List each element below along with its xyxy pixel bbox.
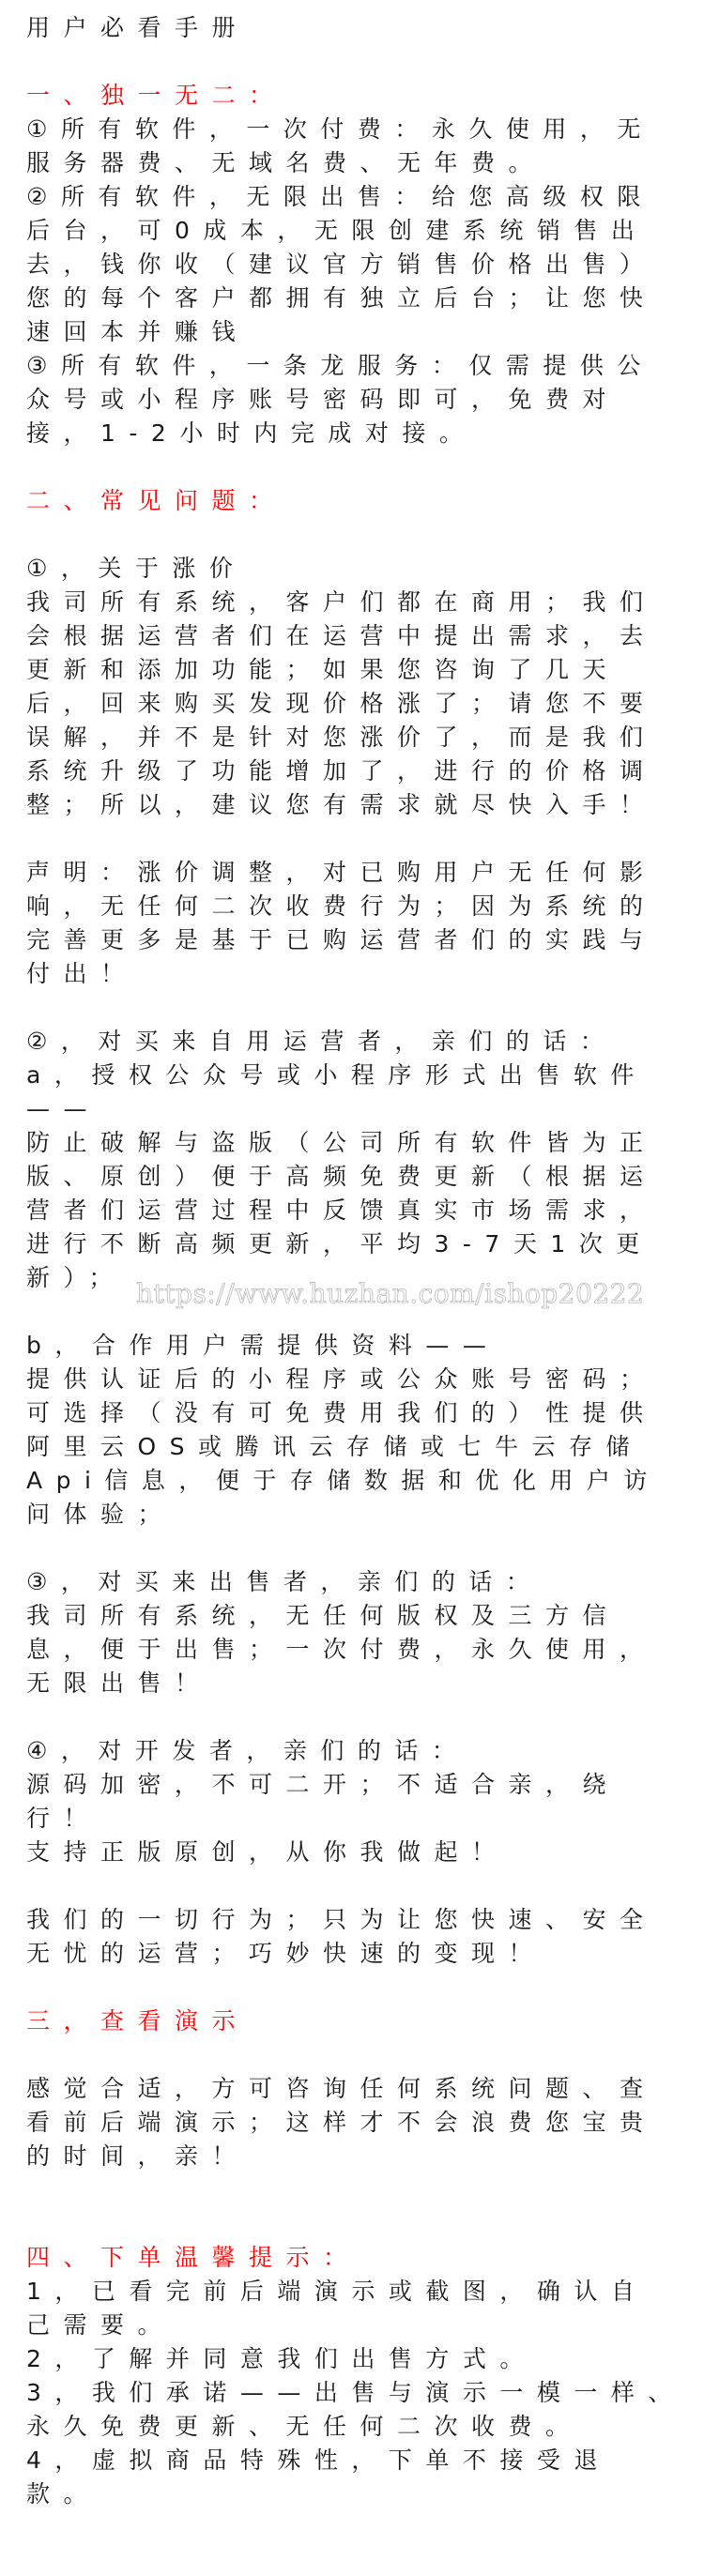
text-line: 的时间，亲！ — [26, 2140, 704, 2173]
text-line: 3，我们承诺——出售与演示一模一样、 — [26, 2376, 704, 2410]
text-line: 阿里云OS或腾讯云存储或七牛云存储 — [26, 1430, 704, 1464]
text-line: 己需要。 — [26, 2309, 704, 2342]
text-line: 整；所以，建议您有需求就尽快入手！ — [26, 788, 704, 822]
text-line: 服务器费、无域名费、无年费。 — [26, 146, 704, 180]
text-line: 接，1-2小时内完成对接。 — [26, 417, 704, 450]
text-line: ③所有软件，一条龙服务：仅需提供公 — [26, 349, 704, 383]
section-heading: 三，查看演示 — [26, 2004, 704, 2038]
text-line: 支持正版原创，从你我做起！ — [26, 1836, 704, 1869]
blank-line — [26, 2173, 704, 2207]
text-line: 后台，可0成本，无限创建系统销售出 — [26, 214, 704, 248]
watermark-url: https://www.huzhan.com/ishop20222 — [136, 1278, 644, 1309]
blank-line — [26, 450, 704, 484]
text-line: 我们的一切行为；只为让您快速、安全 — [26, 1903, 704, 1937]
text-line: 感觉合适，方可咨询任何系统问题、查 — [26, 2072, 704, 2106]
text-line: 我司所有系统，客户们都在商用；我们 — [26, 586, 704, 619]
text-line: 去，钱你收（建议官方销售价格出售） — [26, 248, 704, 282]
text-line: 我司所有系统，无任何版权及三方信 — [26, 1599, 704, 1633]
text-line: 4，虚拟商品特殊性，下单不接受退 — [26, 2444, 704, 2477]
text-line: 永久免费更新、无任何二次收费。 — [26, 2410, 704, 2444]
text-line: 1，已看完前后端演示或截图，确认自 — [26, 2275, 704, 2309]
text-line: 可选择（没有可免费用我们的）性提供 — [26, 1396, 704, 1430]
text-line: 行！ — [26, 1802, 704, 1836]
text-line: b，合作用户需提供资料—— — [26, 1329, 704, 1363]
text-line: 更新和添加功能；如果您咨询了几天 — [26, 653, 704, 687]
section-heading: 二、常见问题： — [26, 484, 704, 518]
blank-line — [26, 1532, 704, 1565]
text-line: a，授权公众号或小程序形式出售软件 — [26, 1059, 704, 1092]
text-line: ①，关于涨价 — [26, 552, 704, 586]
blank-line — [26, 991, 704, 1025]
text-line: 付出！ — [26, 957, 704, 991]
blank-line — [26, 518, 704, 552]
text-line: 无限出售！ — [26, 1667, 704, 1700]
text-line: 营者们运营过程中反馈真实市场需求， — [26, 1194, 704, 1227]
page-title: 用户必看手册 — [26, 11, 704, 45]
blank-line — [26, 2207, 704, 2241]
text-line: 您的每个客户都拥有独立后台；让您快 — [26, 282, 704, 315]
text-line: ②所有软件，无限出售：给您高级权限 — [26, 180, 704, 214]
text-line: —— — [26, 1092, 704, 1126]
blank-line — [26, 45, 704, 79]
text-line: ①所有软件，一次付费：永久使用，无 — [26, 113, 704, 146]
manual-document: 用户必看手册一、独一无二：①所有软件，一次付费：永久使用，无服务器费、无域名费、… — [26, 11, 704, 2511]
blank-line — [26, 1700, 704, 1734]
blank-line — [26, 1971, 704, 2004]
text-line: 速回本并赚钱 — [26, 315, 704, 349]
text-line: Api信息，便于存储数据和优化用户访 — [26, 1464, 704, 1498]
text-line: 防止破解与盗版（公司所有软件皆为正 — [26, 1126, 704, 1160]
blank-line — [26, 822, 704, 856]
blank-line — [26, 2038, 704, 2072]
text-line: 系统升级了功能增加了，进行的价格调 — [26, 755, 704, 788]
section-heading: 四、下单温馨提示： — [26, 2241, 704, 2275]
text-line: 息，便于出售；一次付费，永久使用， — [26, 1633, 704, 1667]
text-line: 完善更多是基于已购运营者们的实践与 — [26, 923, 704, 957]
section-heading: 一、独一无二： — [26, 79, 704, 113]
text-line: 会根据运营者们在运营中提出需求，去 — [26, 619, 704, 653]
text-line: 版、原创）便于高频免费更新（根据运 — [26, 1160, 704, 1194]
text-line: 源码加密，不可二开；不适合亲，绕 — [26, 1768, 704, 1802]
text-line: ④，对开发者，亲们的话： — [26, 1734, 704, 1768]
text-line: 响，无任何二次收费行为；因为系统的 — [26, 890, 704, 923]
text-line: 误解，并不是针对您涨价了，而是我们 — [26, 721, 704, 755]
text-line: 提供认证后的小程序或公众账号密码； — [26, 1363, 704, 1396]
text-line: 2，了解并同意我们出售方式。 — [26, 2342, 704, 2376]
text-line: 众号或小程序账号密码即可，免费对 — [26, 383, 704, 417]
text-line: 款。 — [26, 2477, 704, 2511]
text-line: 后，回来购买发现价格涨了；请您不要 — [26, 687, 704, 721]
text-line: 进行不断高频更新，平均3-7天1次更 — [26, 1227, 704, 1261]
text-line: 看前后端演示；这样才不会浪费您宝贵 — [26, 2106, 704, 2140]
text-line: 问体验； — [26, 1498, 704, 1532]
blank-line — [26, 1869, 704, 1903]
text-line: 声明：涨价调整，对已购用户无任何影 — [26, 856, 704, 890]
text-line: ②，对买来自用运营者，亲们的话： — [26, 1025, 704, 1059]
text-line: ③，对买来出售者，亲们的话： — [26, 1565, 704, 1599]
text-line: 无忧的运营；巧妙快速的变现！ — [26, 1937, 704, 1971]
